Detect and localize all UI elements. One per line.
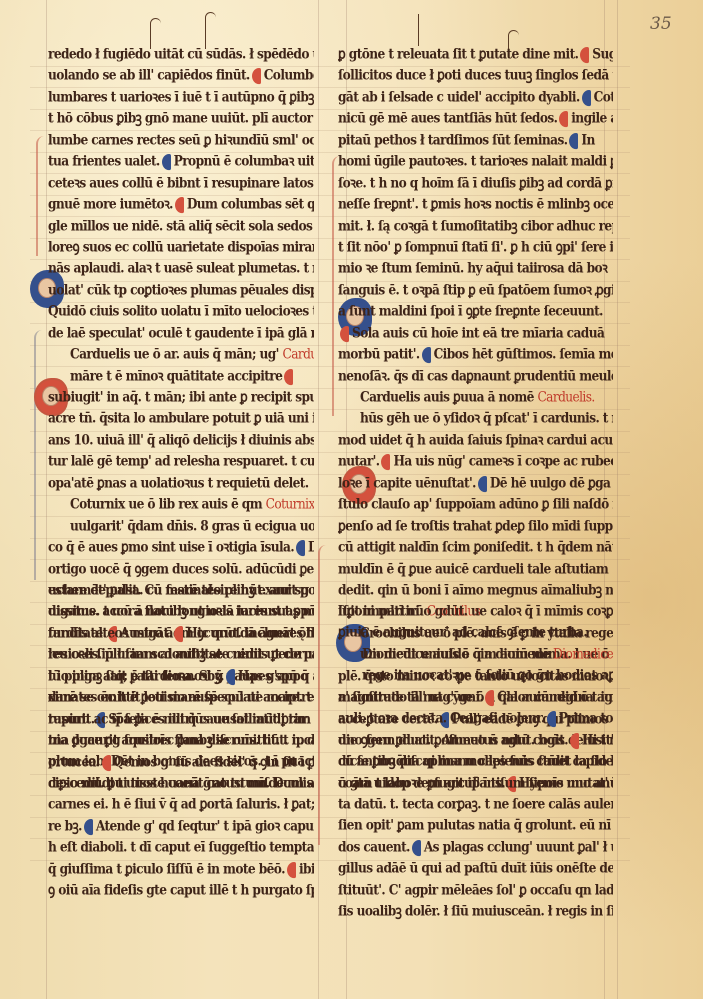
manuscript-page: 35 rededo ł fugiēdo uitāt cū sūdās. ł sp… — [0, 0, 703, 999]
pilcrow-red-icon — [340, 325, 349, 341]
frame-line-left-inner — [318, 0, 319, 999]
text-line: ꝯ oiū aīa fideſis gte caput illē t h pur… — [48, 879, 314, 904]
margin-flourish — [34, 330, 46, 580]
pilcrow-red-icon — [284, 368, 293, 384]
pilcrow-red-icon — [580, 46, 589, 62]
pilcrow-blue-icon — [226, 668, 235, 684]
pilcrow-red-icon — [559, 111, 568, 127]
text-column-right-lower: ſſꝑoni mltī nūo gdūt. ue caloꝛ q̄ ī mīmi… — [338, 601, 613, 923]
text-column-left-lower: uchemēt' ꝑalit. Cū festinato plinꝫ exaui… — [48, 580, 314, 902]
pilcrow-blue-icon — [582, 89, 591, 105]
pilcrow-blue-icon — [569, 132, 578, 148]
pilcrow-red-icon — [287, 861, 296, 877]
pilcrow-red-icon — [570, 732, 579, 748]
pilcrow-red-icon — [485, 689, 494, 705]
pilcrow-blue-icon — [422, 347, 431, 363]
rubric-diomedice: Diomedice — [553, 646, 613, 662]
pilcrow-red-icon — [175, 196, 184, 212]
pilcrow-red-icon — [252, 68, 261, 84]
rubric-coturnix: Coturnix — [266, 496, 314, 512]
pilcrow-blue-icon — [162, 154, 171, 170]
ascender-flourish — [418, 14, 419, 46]
rubric-carduel: Carduel — [282, 346, 314, 362]
frame-line-far-right — [617, 0, 618, 999]
margin-flourish — [318, 545, 330, 845]
pilcrow-blue-icon — [412, 839, 421, 855]
pilcrow-blue-icon — [478, 475, 487, 491]
margin-flourish — [36, 136, 48, 256]
pilcrow-red-icon — [174, 625, 183, 641]
rubric-carduelis: Carduelis. — [537, 389, 594, 405]
folio-number: 35 — [650, 14, 672, 34]
pilcrow-blue-icon — [296, 539, 305, 555]
text-line: ſis uoalibꝫ dolēr. ł ſiū muiusceān. ł re… — [338, 900, 613, 925]
pilcrow-red-icon — [381, 454, 390, 470]
pilcrow-blue-icon — [547, 711, 556, 727]
pilcrow-red-icon — [102, 754, 111, 770]
pilcrow-blue-icon — [84, 818, 93, 834]
